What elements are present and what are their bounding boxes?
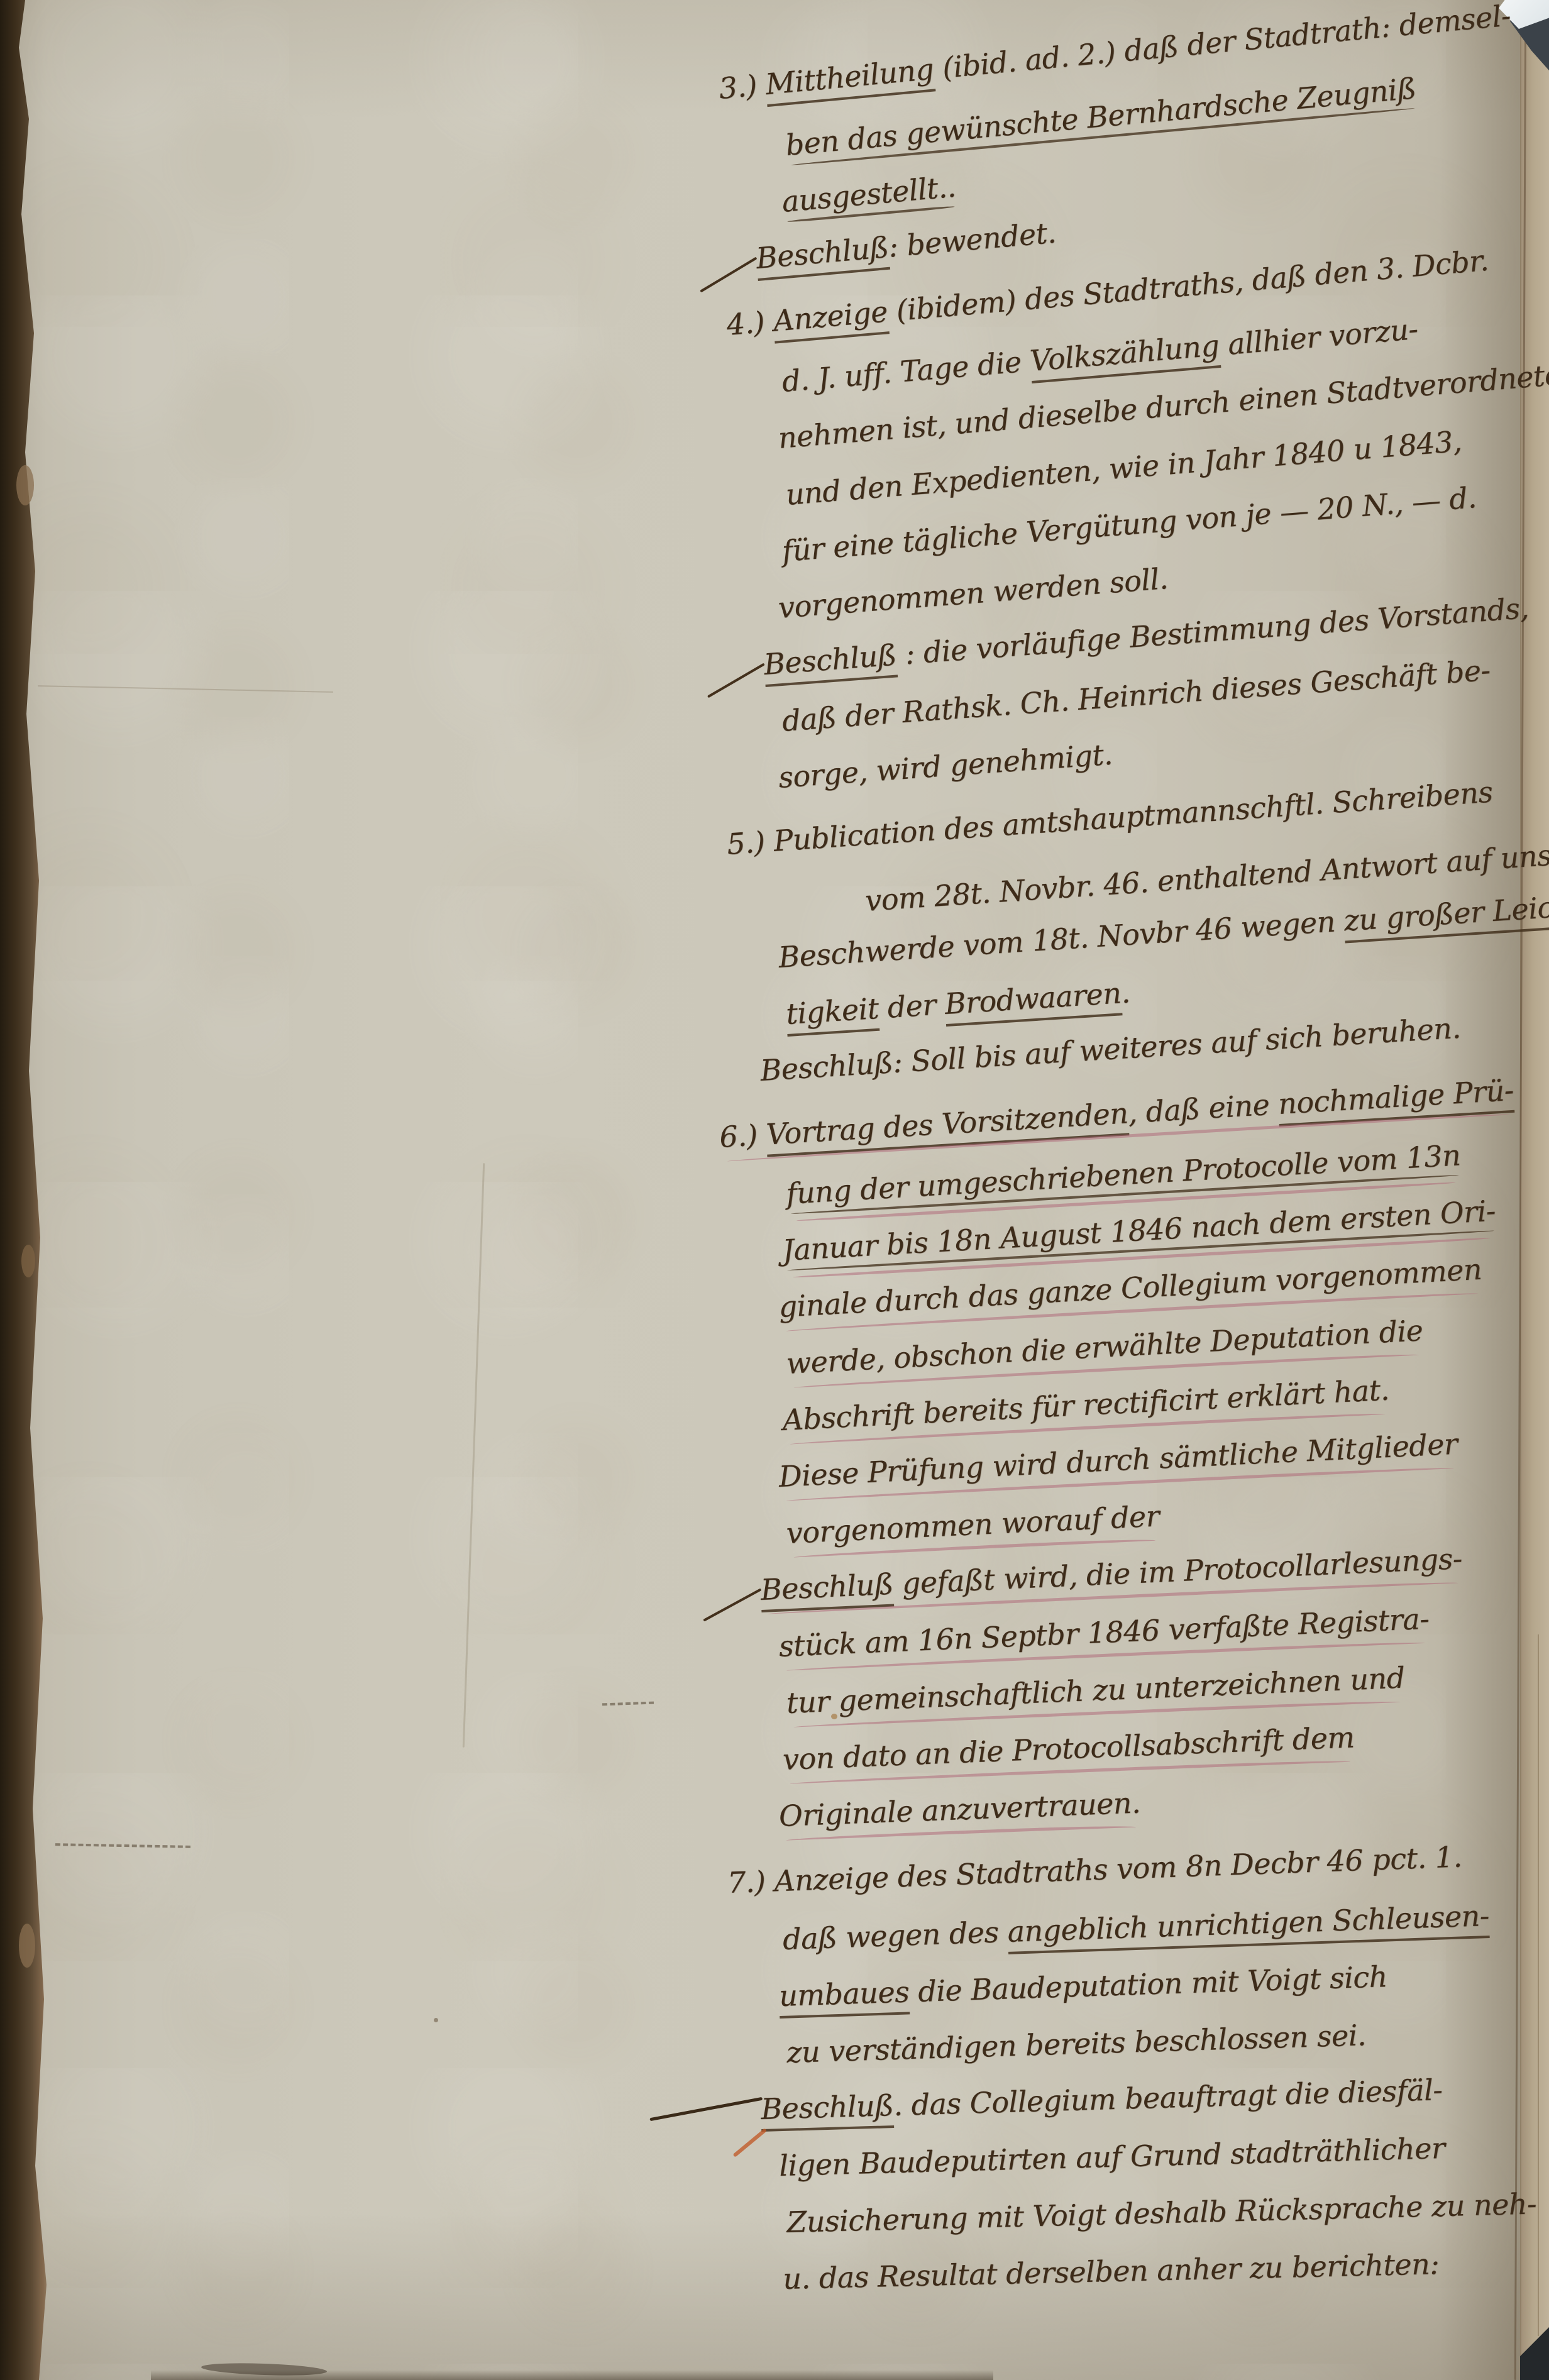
handwriting-layer: 3.) Mittheilung (ibid. ad. 2.) daß der S… [0,0,1549,2380]
handwriting-text: tur gemeinschaftlich zu unterzeichnen un… [786,1661,1406,1720]
handwriting-text: Zusicherung mit Voigt deshalb Rücksprach… [786,2186,1537,2239]
underlined-phrase: Beschluß [761,2088,895,2132]
margin-mark-orange [732,2128,767,2157]
underlined-phrase: Beschluß [754,230,890,281]
handwriting-line: zu verständigen bereits beschlossen sei. [786,2019,1366,2068]
handwriting-text: u. das Resultat derselben anher zu beric… [783,2247,1440,2296]
underlined-phrase: tigkeit [785,991,880,1037]
handwriting-line: Januar bis 18n August 1846 nach dem erst… [781,1195,1496,1267]
handwriting-text: (ibid. ad. 2.) daß der Stadtrath: demsel… [932,0,1512,85]
handwriting-text: , daß eine [1127,1087,1279,1130]
handwriting-line: tur gemeinschaftlich zu unterzeichnen un… [786,1662,1405,1719]
handwriting-line: tigkeit der Brodwaaren. [785,977,1131,1030]
handwriting-text: sorge, wird genehmigt. [777,737,1113,795]
underlined-phrase: Beschluß [763,638,898,687]
manuscript-photo: 3.) Mittheilung (ibid. ad. 2.) daß der S… [0,0,1549,2380]
handwriting-line: umbaues die Baudeputation mit Voigt sich [778,1961,1387,2012]
handwriting-text: ausgestellt.. [780,170,957,219]
handwriting-text: vorgenommen worauf der [786,1499,1160,1550]
handwriting-text: Diese Prüfung wird durch sämtliche Mitgl… [778,1427,1458,1494]
handwriting-text: der [878,987,946,1025]
handwriting-line: 7.) Anzeige des Stadtraths vom 8n Decbr … [727,1841,1462,1898]
handwriting-text: Originale anzuvertrauen. [778,1785,1141,1833]
underlined-phrase: Brodwaaren [944,976,1122,1027]
underlined-phrase: zu großer Leich- [1343,888,1549,943]
handwriting-line: ausgestellt.. [781,171,957,218]
handwriting-text: ginale durch das ganze Collegium vorgeno… [778,1252,1482,1324]
handwriting-line: ligen Baudeputirten auf Grund stadträthl… [779,2132,1445,2182]
margin-mark [707,663,765,698]
handwriting-text: . das Collegium beauftragt die diesfäl- [893,2073,1443,2122]
handwriting-text: daß wegen des [782,1915,1008,1956]
handwriting-text: Beschwerde vom 18t. Novbr 46 wegen [778,904,1345,974]
underlined-phrase: Anzeige [772,294,890,343]
handwriting-line: daß wegen des angeblich unrichtigen Schl… [782,1900,1489,1956]
handwriting-text: stück am 16n Septbr 1846 verfaßte Regist… [778,1602,1430,1663]
handwriting-line: vorgenommen worauf der [786,1500,1160,1549]
handwriting-text: gefaßt wird, die im Protocollarlesungs- [893,1541,1463,1601]
underlined-phrase: angeblich unrichtigen Schleusen- [1007,1898,1490,1954]
handwriting-line: Beschluß: bewendet. [755,217,1057,275]
handwriting-line: von dato an die Protocollsabschrift dem [782,1721,1355,1775]
underlined-phrase: nochmalige Prü- [1277,1073,1515,1127]
margin-mark [649,2096,763,2120]
handwriting-text: allhier vorzu- [1218,312,1419,362]
underlined-phrase: Beschluß [760,1567,895,1612]
handwriting-text: . [1120,976,1131,1010]
margin-mark [700,256,757,292]
handwriting-text: 3.) [717,67,767,106]
handwriting-text: zu verständigen bereits beschlossen sei. [786,2018,1366,2069]
handwriting-text: 6.) [719,1118,768,1154]
handwriting-line: u. das Resultat derselben anher zu beric… [783,2248,1440,2295]
handwriting-line: Originale anzuvertrauen. [778,1787,1141,1832]
underlined-phrase: Mittheilung [764,52,935,107]
handwriting-text: d. J. uff. Tage die [781,344,1032,399]
handwriting-text: : bewendet. [887,216,1057,264]
handwriting-text: die Baudeputation mit Voigt sich [908,1959,1387,2008]
underlined-phrase: Volkszählung [1028,328,1221,383]
handwriting-line: Beschluß. das Collegium beauftragt die d… [761,2074,1443,2125]
handwriting-line: vorgenommen werden soll. [777,563,1169,624]
handwriting-line: Zusicherung mit Voigt deshalb Rücksprach… [786,2188,1537,2238]
handwriting-text: 4.) [725,304,775,342]
margin-mark [703,1588,761,1621]
handwriting-text: vorgenommen werden soll. [777,561,1169,625]
handwriting-line: stück am 16n Septbr 1846 verfaßte Regist… [778,1603,1430,1663]
handwriting-line: sorge, wird genehmigt. [777,739,1113,794]
underlined-phrase: Vortrag des Vorsitzenden [765,1096,1129,1157]
handwriting-text: 7.) Anzeige des Stadtraths vom 8n Decbr … [727,1839,1462,1900]
underlined-phrase: umbaues [778,1975,910,2019]
handwriting-text: von dato an die Protocollsabschrift dem [782,1720,1355,1777]
handwriting-text: ligen Baudeputirten auf Grund stadträthl… [779,2131,1445,2183]
